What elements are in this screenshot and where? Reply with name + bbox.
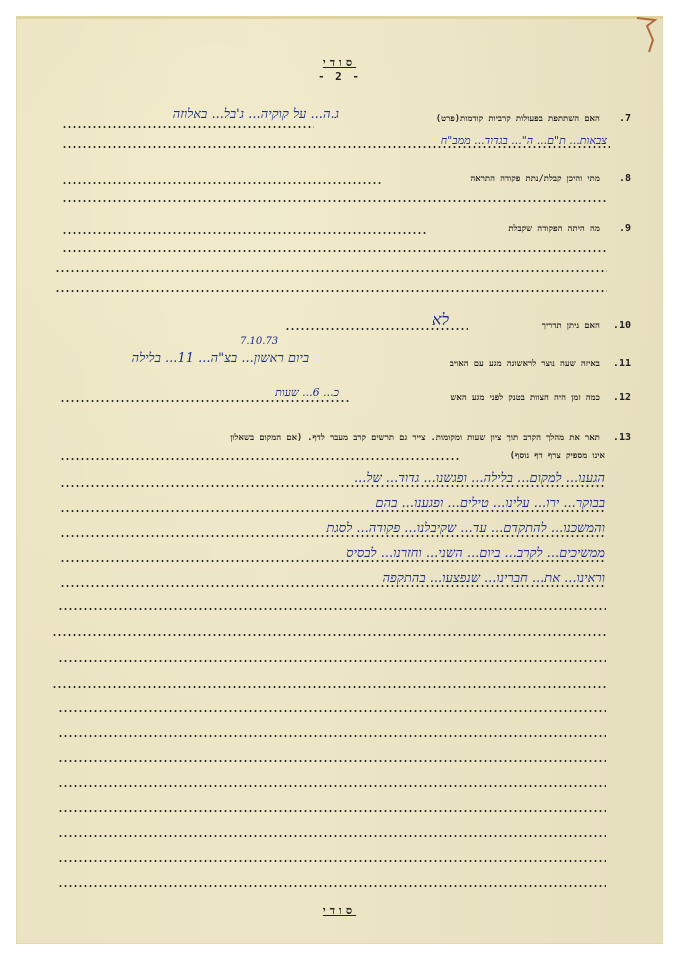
answer-line xyxy=(58,710,606,712)
question-10: 10. האם ניתן תדריך xyxy=(542,320,631,331)
answer-line xyxy=(62,250,607,252)
question-13-continuation: אינו מספיק צרף דף נוסף) xyxy=(510,450,605,461)
answer-line xyxy=(58,735,606,737)
question-text: כמה זמן היה הצוות בטנק לפני מגע האש xyxy=(450,393,600,403)
answer-line xyxy=(58,660,606,662)
corner-tear-mark-icon xyxy=(635,16,657,56)
answer-line xyxy=(58,608,606,610)
answer-line xyxy=(52,634,607,636)
question-text: האם השתתפת בפעולות קרביות קודמות(פרט) xyxy=(436,114,600,124)
question-number: 11. xyxy=(605,358,631,369)
answer-line xyxy=(52,686,607,688)
question-13: 13. תאר את מהלך הקרב תוך ציון שעות ומקומ… xyxy=(230,432,631,443)
answer-line xyxy=(58,785,606,787)
answer-line xyxy=(55,270,607,272)
question-number: 8. xyxy=(605,173,631,184)
handwritten-answer: ג.ה... על קוקיה... ג'בל... באלוזה xyxy=(173,106,339,122)
question-text: באיזה שעה נוצר לראשונה מגע עם האויב xyxy=(450,359,600,369)
answer-line xyxy=(62,200,607,202)
question-text: האם ניתן תדריך xyxy=(542,321,600,331)
answer-line xyxy=(58,760,606,762)
handwritten-date: 7.10.73 xyxy=(240,336,278,347)
handwritten-answer: כ... 6... שעות xyxy=(275,386,339,399)
answer-line xyxy=(60,458,460,460)
answer-line xyxy=(55,290,607,292)
answer-line xyxy=(58,885,606,887)
answer-line xyxy=(62,232,427,234)
question-number: 9. xyxy=(605,223,631,234)
question-11: 11. באיזה שעה נוצר לראשונה מגע עם האויב xyxy=(450,358,631,369)
question-text: אינו מספיק צרף דף נוסף) xyxy=(510,451,605,461)
handwritten-answer: הגענו... למקום... בלילה... ופגשנו... גדו… xyxy=(354,470,605,486)
question-number: 12. xyxy=(605,392,631,403)
answer-line xyxy=(58,810,606,812)
handwritten-answer: בבוקר... ירו... עלינו... טילים... ופגענו… xyxy=(375,495,605,511)
question-7: 7. האם השתתפת בפעולות קרביות קודמות(פרט) xyxy=(436,113,631,124)
answer-line xyxy=(62,126,314,128)
answer-line xyxy=(60,400,350,402)
question-text: מתי והיכן קבלת/נתת פקודה התראה xyxy=(470,174,600,184)
answer-line xyxy=(58,860,606,862)
answer-line xyxy=(62,182,382,184)
question-8: 8. מתי והיכן קבלת/נתת פקודה התראה xyxy=(470,173,631,184)
answer-line xyxy=(58,835,606,837)
handwritten-answer: ביום ראשון... בצ"ה... 11... בלילה xyxy=(131,350,309,366)
paper-edge xyxy=(16,16,663,19)
handwritten-answer: וראינו... את... חברינו... שנפצעו... בהתק… xyxy=(382,570,605,586)
question-number: 13. xyxy=(605,432,631,443)
question-number: 7. xyxy=(605,113,631,124)
classification-footer: סודי xyxy=(0,904,679,917)
question-text: תאר את מהלך הקרב תוך ציון שעות ומקומות. … xyxy=(230,433,600,443)
handwritten-answer: צבאות... ת"ם... ה"... בגדוד... ממב"ח xyxy=(441,134,607,147)
question-9: 9. מה היתה הפקודה שקבלת xyxy=(508,223,631,234)
question-text: מה היתה הפקודה שקבלת xyxy=(508,224,600,234)
page-number: - 2 - xyxy=(0,70,679,83)
handwritten-answer: והמשכנו... להתקדם... עד... שקיבלנו... פק… xyxy=(327,520,605,536)
question-number: 10. xyxy=(605,320,631,331)
handwritten-answer: ממשיכים... לקרב... ביום... השני... וחזרנ… xyxy=(346,545,605,561)
handwritten-answer: לא xyxy=(432,310,449,330)
question-12: 12. כמה זמן היה הצוות בטנק לפני מגע האש xyxy=(450,392,631,403)
classification-header: סודי xyxy=(0,56,679,69)
